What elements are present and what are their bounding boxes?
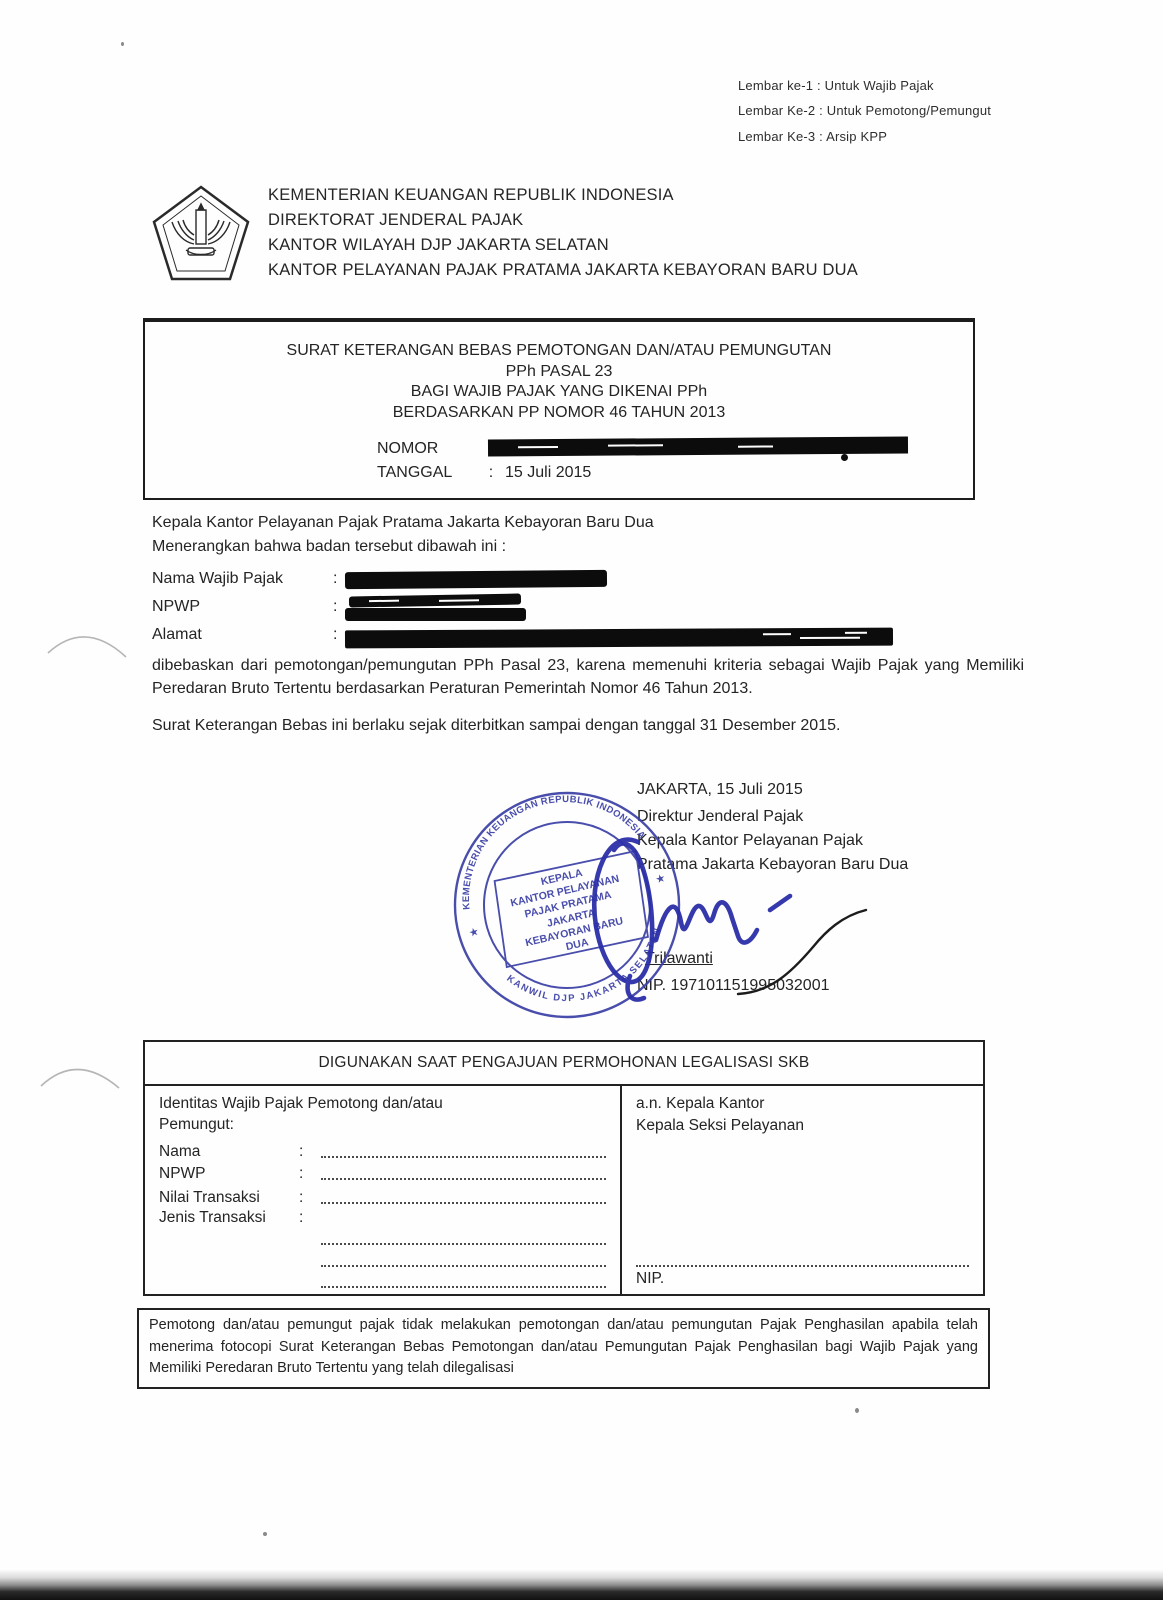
row-npwp-label: NPWP <box>159 1165 299 1183</box>
field-alamat: Alamat : <box>152 626 337 644</box>
scan-speck <box>263 1532 267 1536</box>
right-line-2: Kepala Seksi Pelayanan <box>636 1115 969 1137</box>
tanggal-colon: : <box>477 464 505 482</box>
row-colon: : <box>299 1165 321 1183</box>
scanned-document-page: Lembar ke-1 : Untuk Wajib Pajak Lembar K… <box>0 0 1163 1600</box>
letterhead-region: KANTOR WILAYAH DJP JAKARTA SELATAN <box>268 236 609 255</box>
row-jenis-transaksi: Jenis Transaksi : <box>159 1207 606 1227</box>
row-nama: Nama : <box>159 1139 606 1161</box>
field-label-npwp: NPWP <box>152 598 333 616</box>
tanggal-label: TANGGAL <box>377 464 477 482</box>
dotted-line <box>321 1227 606 1245</box>
scan-speck <box>121 42 124 46</box>
field-label-nama: Nama Wajib Pajak <box>152 570 333 588</box>
doc-title-line-1: SURAT KETERANGAN BEBAS PEMOTONGAN DAN/AT… <box>145 341 973 362</box>
row-colon: : <box>299 1209 321 1227</box>
row-nilai-transaksi: Nilai Transaksi : <box>159 1183 606 1207</box>
row-nilai-label: Nilai Transaksi <box>159 1189 299 1207</box>
letterhead-directorate: DIREKTORAT JENDERAL PAJAK <box>268 211 523 230</box>
row-nama-label: Nama <box>159 1143 299 1161</box>
redaction-bar-npwp-2 <box>345 608 526 621</box>
nip-label: NIP. <box>636 1270 969 1288</box>
field-nama-wajib-pajak: Nama Wajib Pajak : <box>152 570 337 588</box>
nip-signature-area: NIP. <box>636 1251 969 1288</box>
redaction-bar-alamat <box>345 628 893 649</box>
left-heading-1: Identitas Wajib Pajak Pemotong dan/atau <box>159 1093 606 1114</box>
copy-note-1: Lembar ke-1 : Untuk Wajib Pajak <box>738 78 934 93</box>
redaction-bar-npwp-1 <box>349 593 521 607</box>
scan-arc-mark-2 <box>25 1040 145 1110</box>
copy-note-3: Lembar Ke-3 : Arsip KPP <box>738 129 887 144</box>
document-title-box: SURAT KETERANGAN BEBAS PEMOTONGAN DAN/AT… <box>143 318 975 500</box>
field-colon: : <box>333 598 337 616</box>
field-npwp: NPWP : <box>152 598 337 616</box>
left-heading-2: Pemungut: <box>159 1114 606 1135</box>
tanggal-row: TANGGAL : 15 Juli 2015 <box>377 464 591 482</box>
signature-place-date: JAKARTA, 15 Juli 2015 <box>637 781 803 799</box>
row-colon: : <box>299 1189 321 1207</box>
stamp-star-left-icon: ★ <box>468 926 481 940</box>
pen-flourish <box>718 902 888 1007</box>
body-paragraph-2: Surat Keterangan Bebas ini berlaku sejak… <box>152 714 1024 737</box>
legalization-box: DIGUNAKAN SAAT PENGAJUAN PERMOHONAN LEGA… <box>143 1040 985 1296</box>
row-jenis-label: Jenis Transaksi <box>159 1209 299 1227</box>
copy-note-2: Lembar Ke-2 : Untuk Pemotong/Pemungut <box>738 103 991 118</box>
dotted-line <box>321 1202 606 1204</box>
body-paragraph-1: dibebaskan dari pemotongan/pemungutan PP… <box>152 654 1024 700</box>
dotted-line <box>321 1267 606 1288</box>
dotted-line <box>636 1251 969 1267</box>
scan-arc-mark-1 <box>30 605 150 675</box>
letterhead-office: KANTOR PELAYANAN PAJAK PRATAMA JAKARTA K… <box>268 261 858 280</box>
field-colon: : <box>333 570 337 588</box>
nomor-row: NOMOR : <box>377 440 505 458</box>
tanggal-value: 15 Juli 2015 <box>505 464 591 482</box>
ink-dot <box>841 454 848 461</box>
scan-speck <box>855 1408 859 1413</box>
dotted-line <box>321 1245 606 1266</box>
dotted-line <box>321 1156 606 1158</box>
doc-title-line-3: BAGI WAJIB PAJAK YANG DIKENAI PPh <box>145 382 973 403</box>
scanner-edge-shadow <box>0 1570 1163 1600</box>
kemenkeu-logo-icon <box>150 184 252 284</box>
letterhead-ministry: KEMENTERIAN KEUANGAN REPUBLIK INDONESIA <box>268 186 674 205</box>
redaction-bar-nama <box>345 570 607 589</box>
row-colon: : <box>299 1143 321 1161</box>
legalization-title: DIGUNAKAN SAAT PENGAJUAN PERMOHONAN LEGA… <box>145 1042 983 1086</box>
footer-note-box: Pemotong dan/atau pemungut pajak tidak m… <box>137 1308 990 1389</box>
field-label-alamat: Alamat <box>152 626 333 644</box>
field-colon: : <box>333 626 337 644</box>
body-intro-1: Kepala Kantor Pelayanan Pajak Pratama Ja… <box>152 514 654 532</box>
doc-title-line-4: BERDASARKAN PP NOMOR 46 TAHUN 2013 <box>145 403 973 424</box>
doc-title-line-2: PPh PASAL 23 <box>145 362 973 383</box>
legalization-left-cell: Identitas Wajib Pajak Pemotong dan/atau … <box>145 1086 622 1294</box>
dotted-line <box>321 1178 606 1180</box>
right-line-1: a.n. Kepala Kantor <box>636 1093 969 1115</box>
footer-note-text: Pemotong dan/atau pemungut pajak tidak m… <box>149 1315 978 1380</box>
body-intro-2: Menerangkan bahwa badan tersebut dibawah… <box>152 538 506 556</box>
legalization-right-cell: a.n. Kepala Kantor Kepala Seksi Pelayana… <box>622 1086 983 1294</box>
nomor-label: NOMOR <box>377 440 477 458</box>
row-npwp: NPWP : <box>159 1161 606 1183</box>
